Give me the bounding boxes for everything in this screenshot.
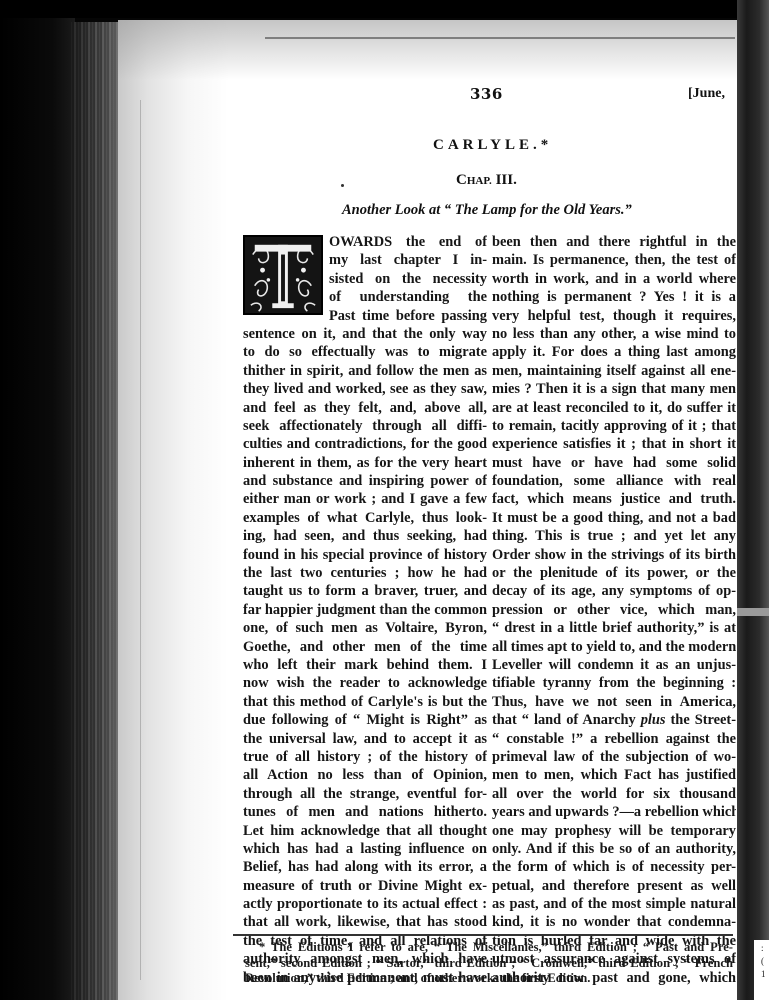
text-line: main. Is permanence, then, the test of	[492, 251, 736, 269]
text-line: one, of such men as Voltaire, Byron,	[243, 619, 487, 637]
text-line: petual, and therefore present as well	[492, 877, 736, 895]
text-line: and substance and inspiring power of	[243, 472, 487, 490]
stray-mark	[341, 184, 344, 187]
text-line: nothing is permanent ? Yes ! it is a	[492, 288, 736, 306]
text-column-left: OWARDS the end of my last chapter I in- …	[243, 233, 487, 987]
book-binding-shadow	[0, 0, 75, 1000]
text-line: Belief, has had along with its error, a	[243, 858, 487, 876]
text-line: and feel as they felt, and, above all,	[243, 399, 487, 417]
text-line: men, maintaining itself against all ene-	[492, 362, 736, 380]
chapter-heading: CHAP. III.	[456, 172, 517, 189]
footnote: * The Editions I refer to are, “ The Mis…	[245, 940, 733, 987]
text-line: foundation, some alliance with real	[492, 472, 736, 490]
text-line: to do so effectually was to migrate	[243, 343, 487, 361]
text-line: men to men, which Fact has justified	[492, 766, 736, 784]
text-line: primeval law of the subjection of wo-	[492, 748, 736, 766]
text-line: decay of its age, any symptoms of op-	[492, 582, 736, 600]
text-line: one may prophesy will be temporary	[492, 822, 736, 840]
margin-mark: :	[761, 942, 766, 955]
chapter-number: III.	[496, 172, 517, 188]
text-line: tunes of men and nations hitherto.	[243, 803, 487, 821]
page-crease	[140, 100, 141, 980]
text-line: Thus, have we not seen in America,	[492, 693, 736, 711]
text-line: mies ? Then it is a sign that many men	[492, 380, 736, 398]
chapter-prefix: C	[456, 172, 467, 188]
text-line: taught us to form a braver, truer, and	[243, 582, 487, 600]
text-line: to remain, tacitly approving of it ; tha…	[492, 417, 736, 435]
text-line: been then and there rightful in the	[492, 233, 736, 251]
top-border	[0, 0, 769, 18]
light-band	[737, 608, 769, 616]
text-line: sisted on the necessity	[243, 270, 487, 288]
text-line: or the plenitude of its power, or the	[492, 564, 736, 582]
footnote-line: sent,” second Edition ; “ Sartor,” third…	[245, 956, 733, 972]
text-line: the last two centuries ; how he had	[243, 564, 487, 582]
text-line: sentence on it, and that the only way	[243, 325, 487, 343]
text-line: far happier judgment than the common	[243, 601, 487, 619]
text-line: kind, it is no wonder that condemna-	[492, 913, 736, 931]
footnote-rule	[233, 934, 733, 936]
margin-marks: : ( 1	[761, 942, 766, 981]
text-line: either man or work ; and I gave a few	[243, 490, 487, 508]
text-line: examples of what Carlyle, thus look-	[243, 509, 487, 527]
text-line: very helpful test, though it requires,	[492, 307, 736, 325]
right-page-edge	[737, 0, 769, 1000]
running-head-month: [June,	[688, 86, 725, 102]
text-line: are at least reconciled to it, do suffer…	[492, 399, 736, 417]
footnote-line: * The Editions I refer to are, “ The Mis…	[245, 940, 733, 956]
text-line: OWARDS the end of	[243, 233, 487, 251]
text-line: actly proportionate to its actual effect…	[243, 895, 487, 913]
text-line: due following of “ Might is Right” as	[243, 711, 487, 729]
text-line: all Action no less than of Opinion,	[243, 766, 487, 784]
text-line: as past, and of the most simple natural	[492, 895, 736, 913]
text-line: “ constable !” a rebellion against the	[492, 730, 736, 748]
text-line: who left their mark behind them. I	[243, 656, 487, 674]
chapter-subtitle: Another Look at “ The Lamp for the Old Y…	[342, 202, 632, 219]
article-title: CARLYLE.*	[433, 137, 552, 154]
text-line: apply it. For does a thing last among	[492, 343, 736, 361]
chapter-smallcaps: HAP.	[467, 175, 492, 187]
text-line: Leveller will condemn it as an unjus-	[492, 656, 736, 674]
text-line: all times apt to yield to, and the moder…	[492, 638, 736, 656]
text-line: Past time before passing	[243, 307, 487, 325]
page-number: 336	[470, 85, 503, 103]
text-line: thither in spirit, and follow the men as	[243, 362, 487, 380]
text-line: that “ land of Anarchy plus the Street-	[492, 711, 736, 729]
text-line: of understanding the	[243, 288, 487, 306]
text-line: all over the world for six thousand	[492, 785, 736, 803]
text-line: Order show in the strivings of its birth	[492, 546, 736, 564]
text-line: culties and contradictions, for the good	[243, 435, 487, 453]
text-line: my last chapter I in-	[243, 251, 487, 269]
text-line: Goethe, and other men of the time	[243, 638, 487, 656]
text-line: the universal law, and to accept it as	[243, 730, 487, 748]
text-line: now wish the reader to acknowledge	[243, 674, 487, 692]
page-top-shadow	[118, 20, 738, 80]
text-line: true of all history ; of the history of	[243, 748, 487, 766]
text-line: worth in work, and in a world where	[492, 270, 736, 288]
text-line: that this method of Carlyle's is but the	[243, 693, 487, 711]
text-line: Let him acknowledge that all thought	[243, 822, 487, 840]
header-rule	[265, 37, 735, 39]
text-line: must have or have had some solid	[492, 454, 736, 472]
text-line: experience satisfies it ; that in short …	[492, 435, 736, 453]
text-line: “ drest in a little brief authority,” is…	[492, 619, 736, 637]
text-line: It must be a good thing, and not a bad	[492, 509, 736, 527]
text-line: the form of which is of necessity per-	[492, 858, 736, 876]
text-line: measure of truth or Divine Might ex-	[243, 877, 487, 895]
page-edges	[70, 22, 120, 1000]
text-line: no less than any other, a wise mind to	[492, 325, 736, 343]
margin-mark: (	[761, 955, 766, 968]
text-line: only. And if this be so of an authority,	[492, 840, 736, 858]
text-line: fact, which means justice and truth.	[492, 490, 736, 508]
text-line: found in his special province of history	[243, 546, 487, 564]
italic-word: plus	[641, 712, 666, 728]
text-line: tifiable tyranny from the beginning :	[492, 674, 736, 692]
footnote-line: Revolution,” third Edition ; and of othe…	[245, 971, 733, 987]
text-column-right: been then and there rightful in the main…	[492, 233, 736, 987]
text-line: that all work, likewise, that has stood	[243, 913, 487, 931]
text-line: thing. This is true ; and yet let any	[492, 527, 736, 545]
text-line: through all the strange, eventful for-	[243, 785, 487, 803]
text-line: which has had a lasting influence on	[243, 840, 487, 858]
text-line: pression or other vice, which man,	[492, 601, 736, 619]
text-line: seek affectionately through all diffi-	[243, 417, 487, 435]
text-line: inherent in them, as for the very heart	[243, 454, 487, 472]
text-line: they lived and worked, see as they saw,	[243, 380, 487, 398]
margin-mark: 1	[761, 968, 766, 981]
text-line: ing, had seen, and thus seeking, had	[243, 527, 487, 545]
text-line: years and upwards ?—a rebellion which	[492, 803, 736, 821]
